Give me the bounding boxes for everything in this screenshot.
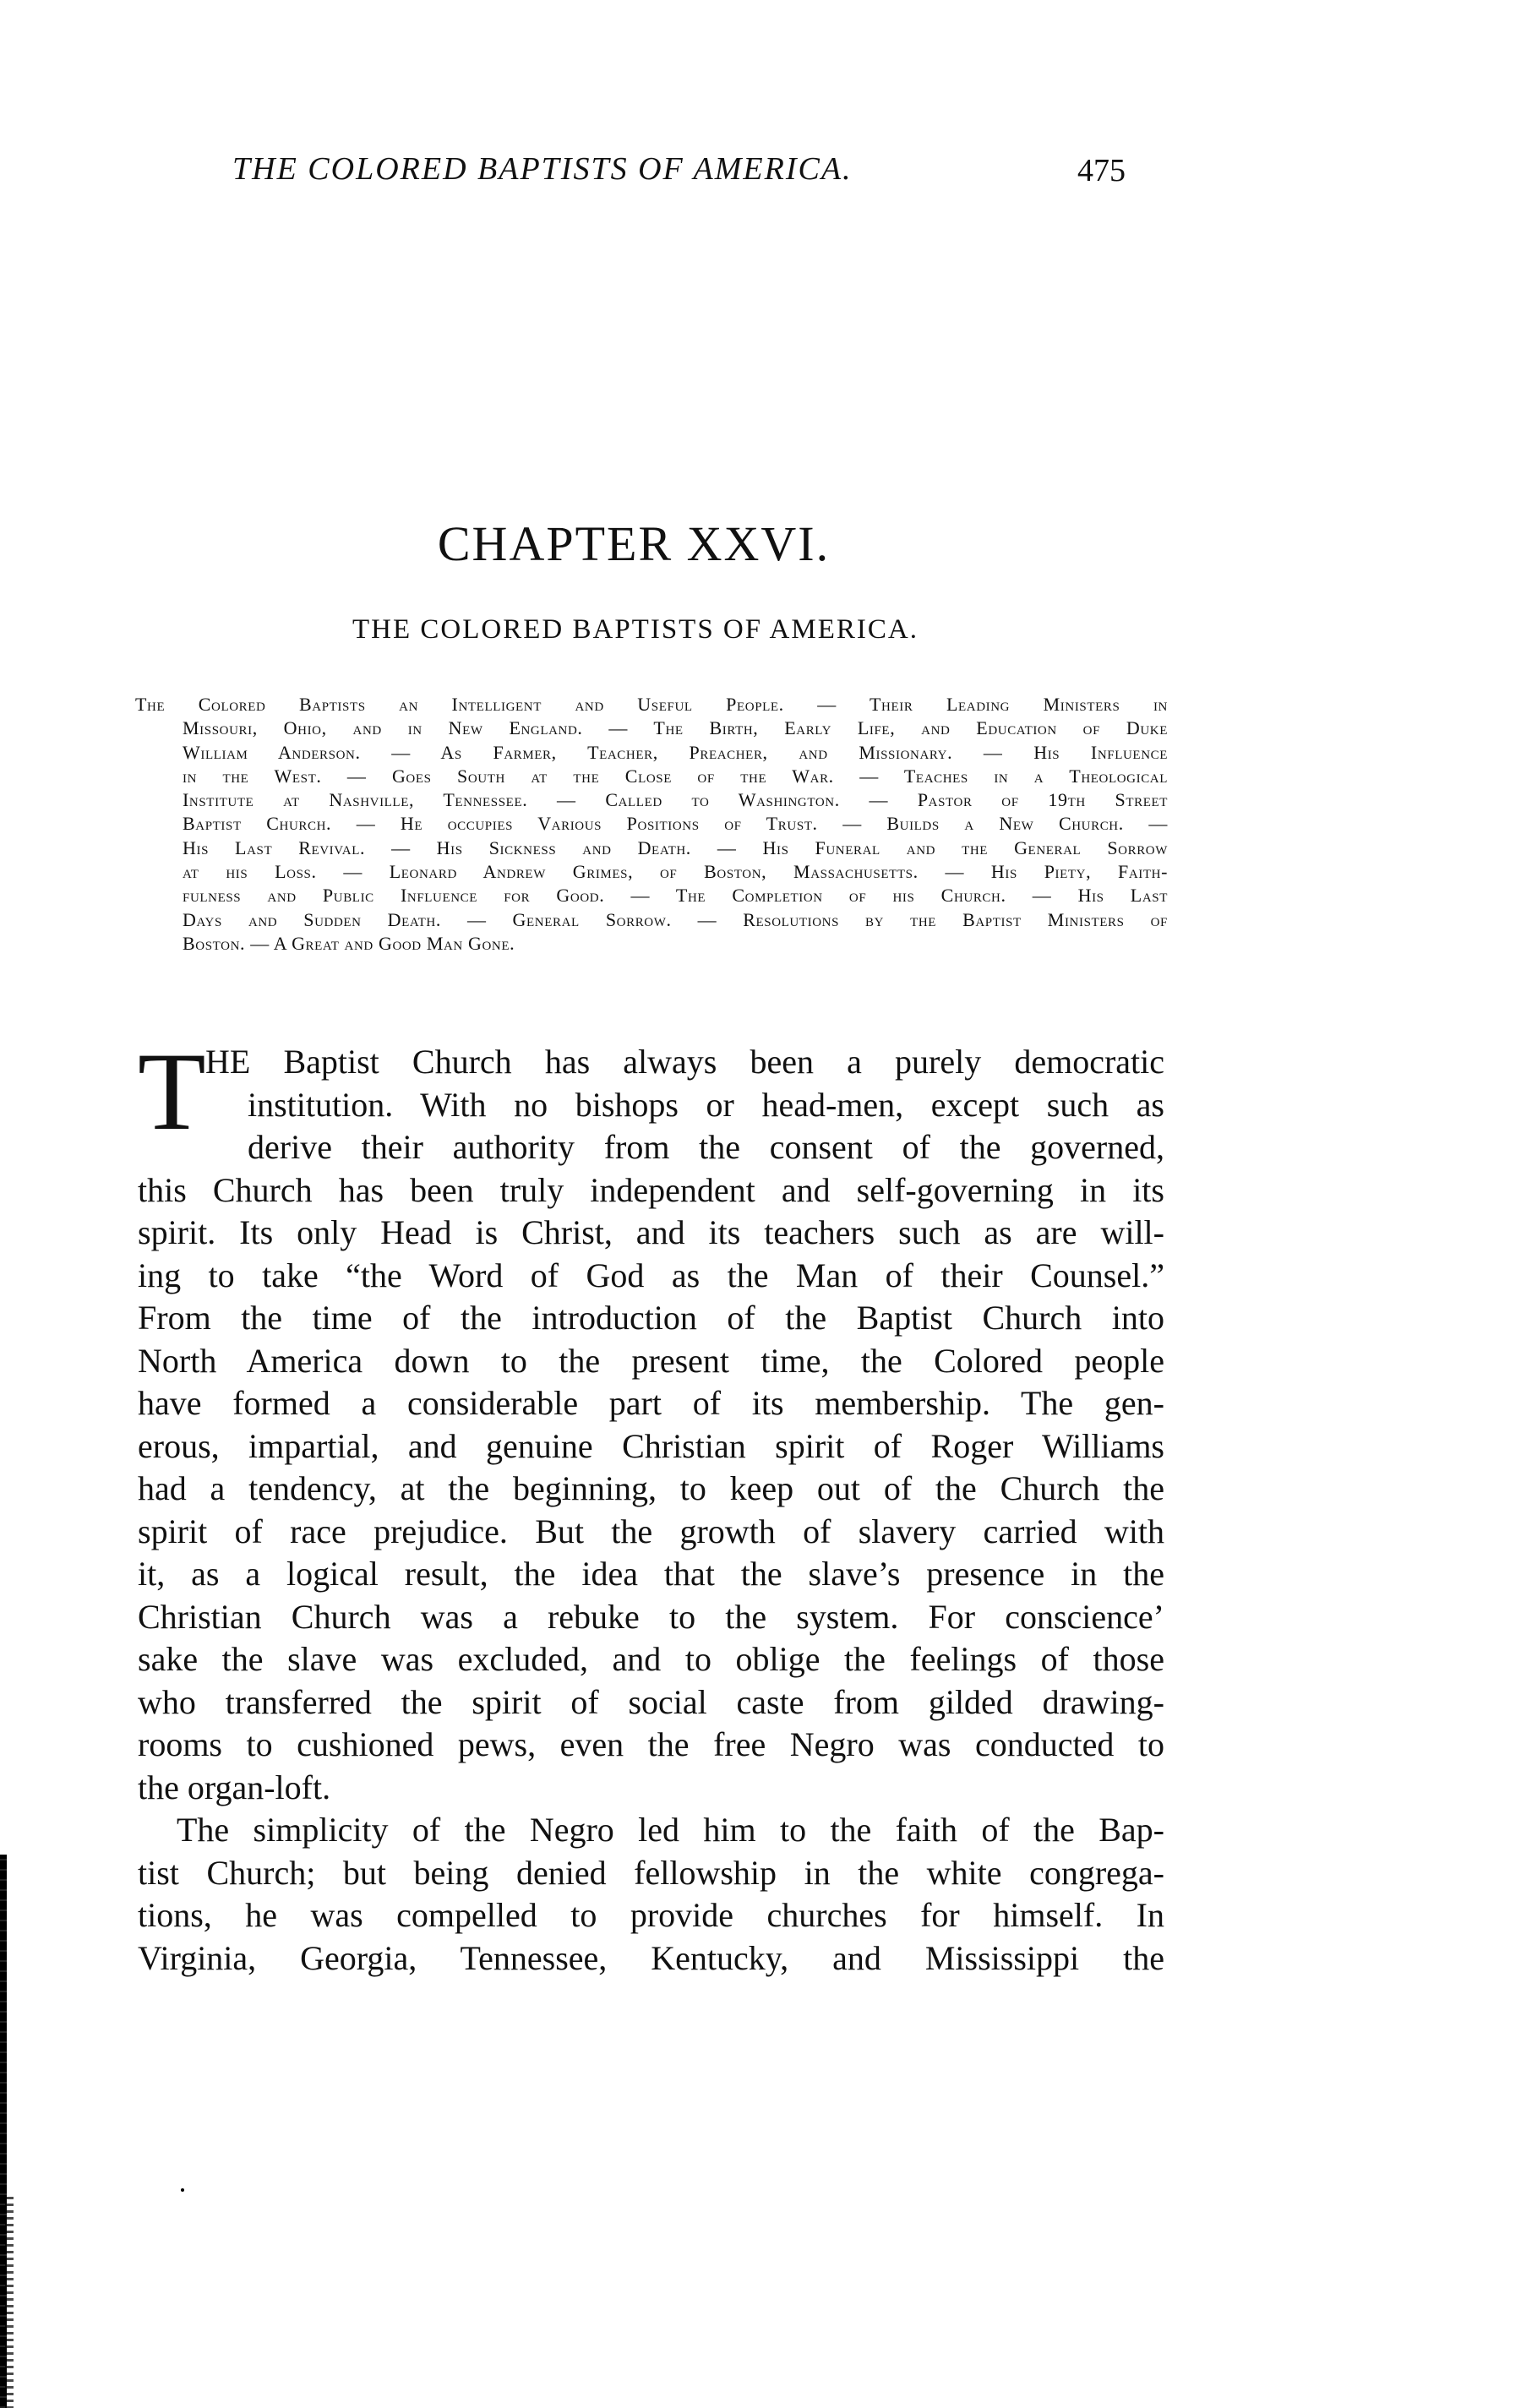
page-number: 475 — [1077, 152, 1126, 189]
body-line: institution. With no bishops or head-men… — [138, 1084, 1164, 1127]
body-line: rooms to cushioned pews, even the free N… — [138, 1724, 1164, 1767]
body-line: The simplicity of the Negro led him to t… — [138, 1809, 1164, 1852]
chapter-title-heading: THE COLORED BAPTISTS OF AMERICA. — [0, 614, 1521, 646]
paragraph-1: HE Baptist Church has always been a pure… — [138, 1041, 1164, 1809]
summary-line: fulness and Public Influence for Good. —… — [135, 884, 1168, 907]
summary-line: at his Loss. — Leonard Andrew Grimes, of… — [135, 860, 1168, 884]
body-line: HE Baptist Church has always been a pure… — [138, 1041, 1164, 1084]
body-line: derive their authority from the consent … — [138, 1126, 1164, 1169]
body-line: tist Church; but being denied fellowship… — [138, 1852, 1164, 1895]
summary-line: His Last Revival. — His Sickness and Dea… — [135, 836, 1168, 860]
chapter-summary: The Colored Baptists an Intelligent and … — [135, 693, 1168, 956]
body-line: Virginia, Georgia, Tennessee, Kentucky, … — [138, 1937, 1164, 1980]
running-head: THE COLORED BAPTISTS OF AMERICA. 475 — [232, 150, 1162, 201]
summary-line: Missouri, Ohio, and in New England. — Th… — [135, 716, 1168, 740]
summary-line: in the West. — Goes South at the Close o… — [135, 765, 1168, 788]
summary-line: Institute at Nashville, Tennessee. — Cal… — [135, 788, 1168, 812]
body-line: ing to take “the Word of God as the Man … — [138, 1255, 1164, 1298]
body-line: spirit. Its only Head is Christ, and its… — [138, 1212, 1164, 1255]
summary-line: The Colored Baptists an Intelligent and … — [135, 693, 1168, 716]
body-line: tions, he was compelled to provide churc… — [138, 1894, 1164, 1937]
body-line: From the time of the introduction of the… — [138, 1297, 1164, 1340]
body-line: who transferred the spirit of social cas… — [138, 1681, 1164, 1724]
chapter-number-heading: CHAPTER XXVI. — [0, 515, 1521, 572]
body-line: sake the slave was excluded, and to obli… — [138, 1638, 1164, 1681]
body-line: spirit of race prejudice. But the growth… — [138, 1511, 1164, 1554]
body-line: the organ-loft. — [138, 1767, 1164, 1810]
summary-line: Days and Sudden Death. — General Sorrow.… — [135, 908, 1168, 932]
summary-line: Baptist Church. — He occupies Various Po… — [135, 812, 1168, 836]
scan-speck — [181, 2188, 184, 2192]
body-line: have formed a considerable part of its m… — [138, 1382, 1164, 1425]
summary-line: William Anderson. — As Farmer, Teacher, … — [135, 741, 1168, 765]
drop-cap: T — [138, 1049, 206, 1142]
chapter-number-text: CHAPTER XXVI. — [438, 516, 830, 571]
body-text: T HE Baptist Church has always been a pu… — [138, 1041, 1164, 1980]
running-head-title: THE COLORED BAPTISTS OF AMERICA. — [232, 150, 853, 188]
body-line: this Church has been truly independent a… — [138, 1169, 1164, 1212]
body-line: it, as a logical result, the idea that t… — [138, 1553, 1164, 1596]
body-line: North America down to the present time, … — [138, 1340, 1164, 1383]
body-line: had a tendency, at the beginning, to kee… — [138, 1468, 1164, 1511]
book-page: THE COLORED BAPTISTS OF AMERICA. 475 CHA… — [0, 0, 1521, 2408]
paragraph-2: The simplicity of the Negro led him to t… — [138, 1809, 1164, 1980]
chapter-title-text: THE COLORED BAPTISTS OF AMERICA. — [352, 614, 919, 645]
scan-edge-noise — [5, 2197, 14, 2408]
body-line: erous, impartial, and genuine Christian … — [138, 1425, 1164, 1468]
summary-line: Boston. — A Great and Good Man Gone. — [135, 932, 1168, 956]
body-line: Christian Church was a rebuke to the sys… — [138, 1596, 1164, 1639]
